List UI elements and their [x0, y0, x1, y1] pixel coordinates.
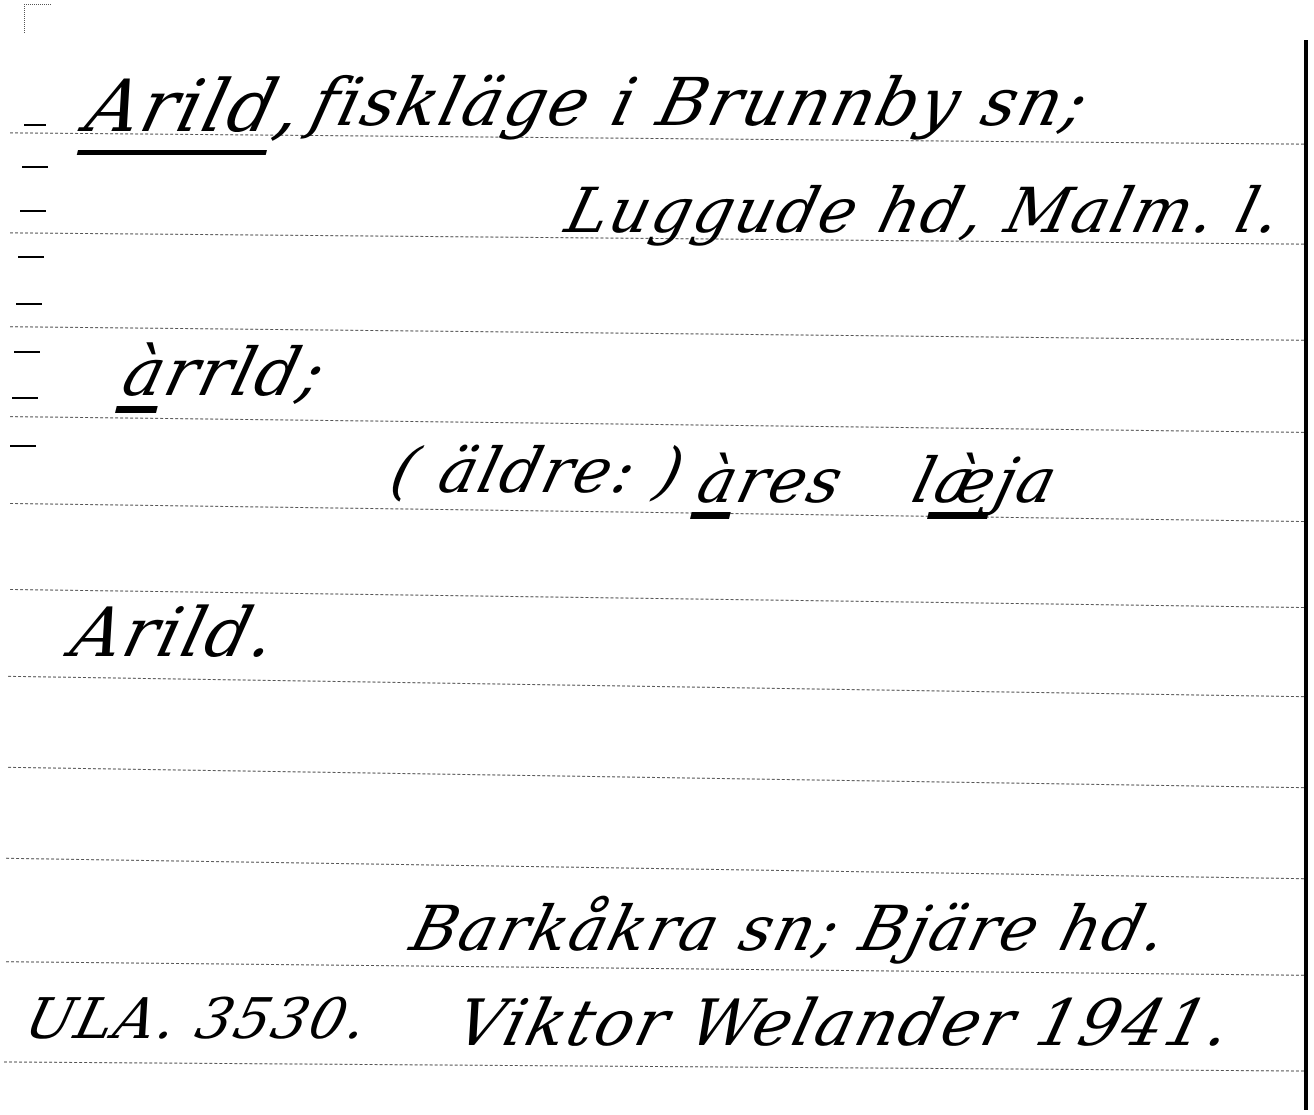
ruled-line — [4, 1061, 1304, 1071]
ruled-line — [6, 858, 1304, 879]
ruled-line — [10, 416, 1304, 433]
collector-and-year: Viktor Welander 1941. — [450, 992, 1239, 1056]
variant-form: Arild. — [65, 600, 284, 668]
margin-mark — [12, 397, 38, 399]
place-name-card: Arild, fiskläge i Brunnby sn; Luggude hd… — [0, 0, 1314, 1115]
margin-mark — [22, 166, 48, 168]
ruled-line — [8, 676, 1304, 697]
definition-line-1: fiskläge i Brunnby sn; — [305, 70, 1096, 136]
margin-mark — [18, 256, 44, 258]
older-form-label: ( äldre: ) — [385, 440, 692, 502]
margin-mark — [20, 210, 46, 212]
definition-line-2: Luggude hd, Malm. l. — [560, 180, 1289, 242]
margin-mark — [14, 351, 40, 353]
pronunciation: àrrld; — [115, 340, 333, 413]
older-form-word-2: læ̀ja — [905, 450, 1065, 519]
margin-mark — [16, 303, 42, 305]
ruled-line — [8, 767, 1304, 788]
margin-mark — [10, 445, 36, 447]
corner-mark — [24, 4, 51, 33]
headword-block: Arild, — [80, 70, 311, 142]
older-form-word-1: àres — [690, 450, 850, 519]
pronunciation-rest: rrld — [157, 334, 311, 411]
card-right-edge — [1304, 40, 1308, 1110]
headword: Arild — [77, 64, 288, 155]
margin-mark — [24, 124, 46, 126]
reference-number: ULA. 3530. — [20, 992, 375, 1048]
source-place: Barkåkra sn; Bjäre hd. — [405, 898, 1175, 960]
